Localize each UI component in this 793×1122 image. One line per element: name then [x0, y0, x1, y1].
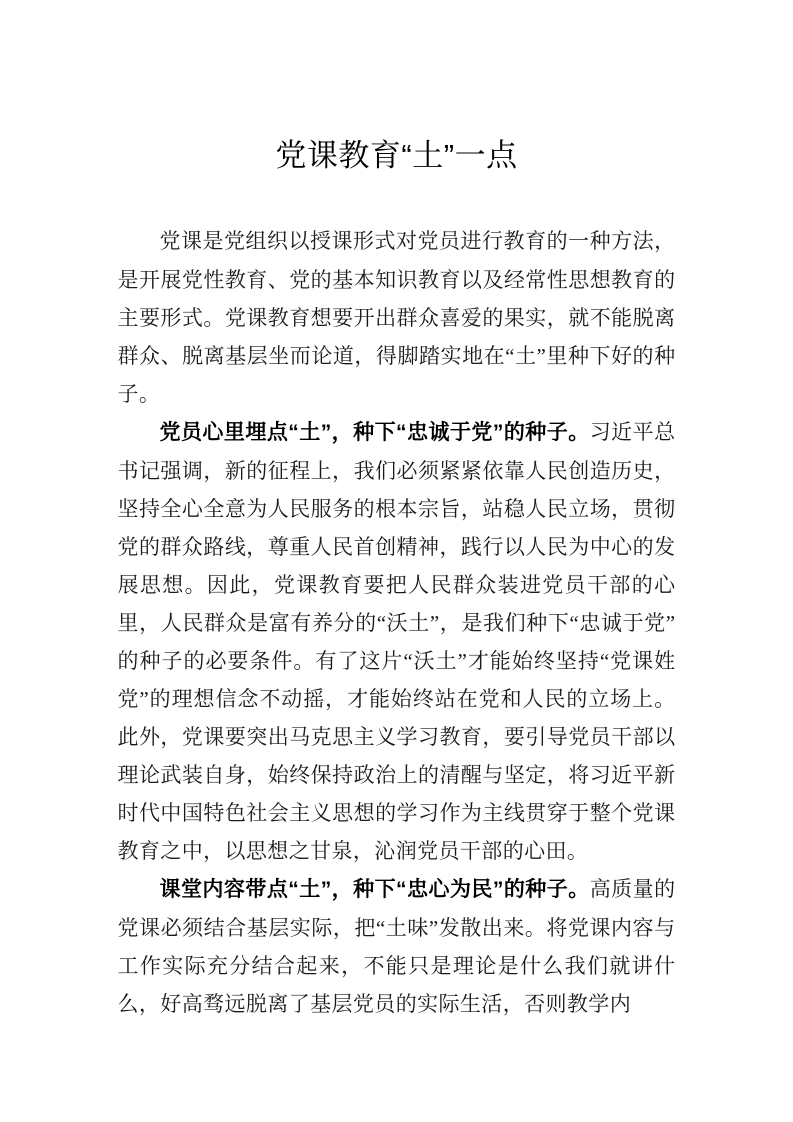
paragraph-intro-body: 党课是党组织以授课形式对党员进行教育的一种方法，是开展党性教育、党的基本知识教育…	[118, 229, 676, 406]
document-page: 党课教育“土”一点 党课是党组织以授课形式对党员进行教育的一种方法，是开展党性教…	[0, 0, 793, 1122]
paragraph-loyalty-to-party-lead: 党员心里埋点“土”，种下“忠诚于党”的种子。	[160, 421, 590, 444]
paragraph-loyalty-to-party: 党员心里埋点“土”，种下“忠诚于党”的种子。习近平总书记强调，新的征程上，我们必…	[118, 413, 676, 870]
paragraph-devotion-to-people: 课堂内容带点“土”，种下“忠心为民”的种子。高质量的党课必须结合基层实际，把“土…	[118, 870, 676, 1023]
paragraph-devotion-to-people-lead: 课堂内容带点“土”，种下“忠心为民”的种子。	[160, 878, 590, 901]
document-title: 党课教育“土”一点	[118, 136, 676, 176]
paragraph-intro: 党课是党组织以授课形式对党员进行教育的一种方法，是开展党性教育、党的基本知识教育…	[118, 222, 676, 413]
paragraph-loyalty-to-party-body: 习近平总书记强调，新的征程上，我们必须紧紧依靠人民创造历史，坚持全心全意为人民服…	[118, 420, 676, 863]
document-content: 党课教育“土”一点 党课是党组织以授课形式对党员进行教育的一种方法，是开展党性教…	[118, 136, 676, 1023]
